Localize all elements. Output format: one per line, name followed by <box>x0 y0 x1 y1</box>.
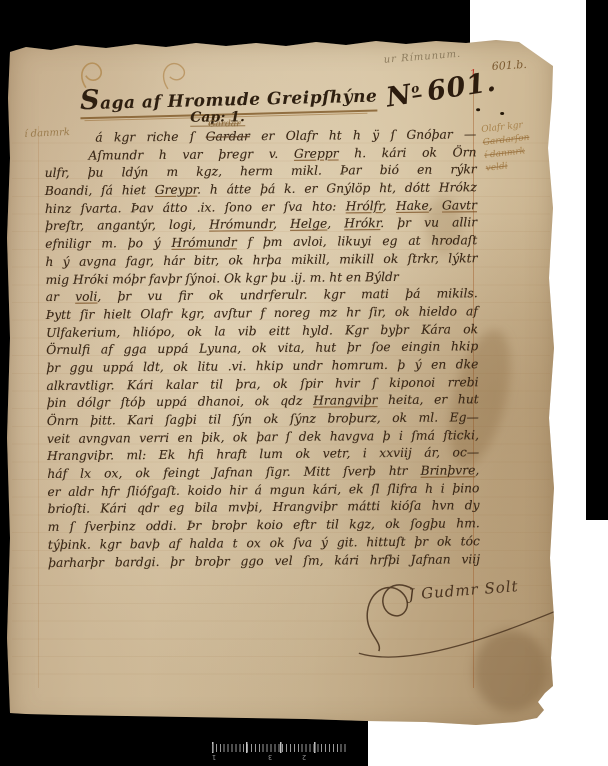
number-prefix: N <box>384 79 414 113</box>
ruler-minor-ticks <box>212 744 348 752</box>
right-margin-notes: Olafr kgrGardarſoní danmrkveldi <box>481 116 558 176</box>
pencil-annotation: ur Rímunum. <box>383 49 461 66</box>
manuscript-page: ur Rímunum. 601.b. 1 No 601. Saga af Hro… <box>6 38 558 730</box>
ruler-numbers: 321 <box>212 753 348 762</box>
photographic-scale-ruler: 321 <box>212 742 350 762</box>
ruler-number: 3 <box>268 753 272 761</box>
ink-dot <box>476 108 480 111</box>
shelfmark-label: 601.b. <box>491 58 527 73</box>
manuscript-photo: ur Rímunum. 601.b. 1 No 601. Saga af Hro… <box>0 0 608 766</box>
text-line: þarharþr bardgi. þr broþr ggo vel ſm, ká… <box>48 551 480 572</box>
photo-background-right <box>586 0 608 520</box>
ruler-number: 2 <box>302 753 306 761</box>
page-content: ur Rímunum. 601.b. 1 No 601. Saga af Hro… <box>5 34 563 731</box>
manuscript-number: No 601. <box>384 67 498 114</box>
ruler-number: 1 <box>212 753 216 761</box>
signature-flourish-icon <box>350 573 581 663</box>
number-value: 601. <box>425 67 499 108</box>
body-text: á kgr riche ſ Gardar er Olafr ht h ÿ ſ G… <box>44 126 480 572</box>
text-line: h ý avgna fagr, hár bitr, ok hrþa mikill… <box>45 250 477 271</box>
number-superscript: o <box>410 81 421 98</box>
ink-dot <box>500 112 504 115</box>
